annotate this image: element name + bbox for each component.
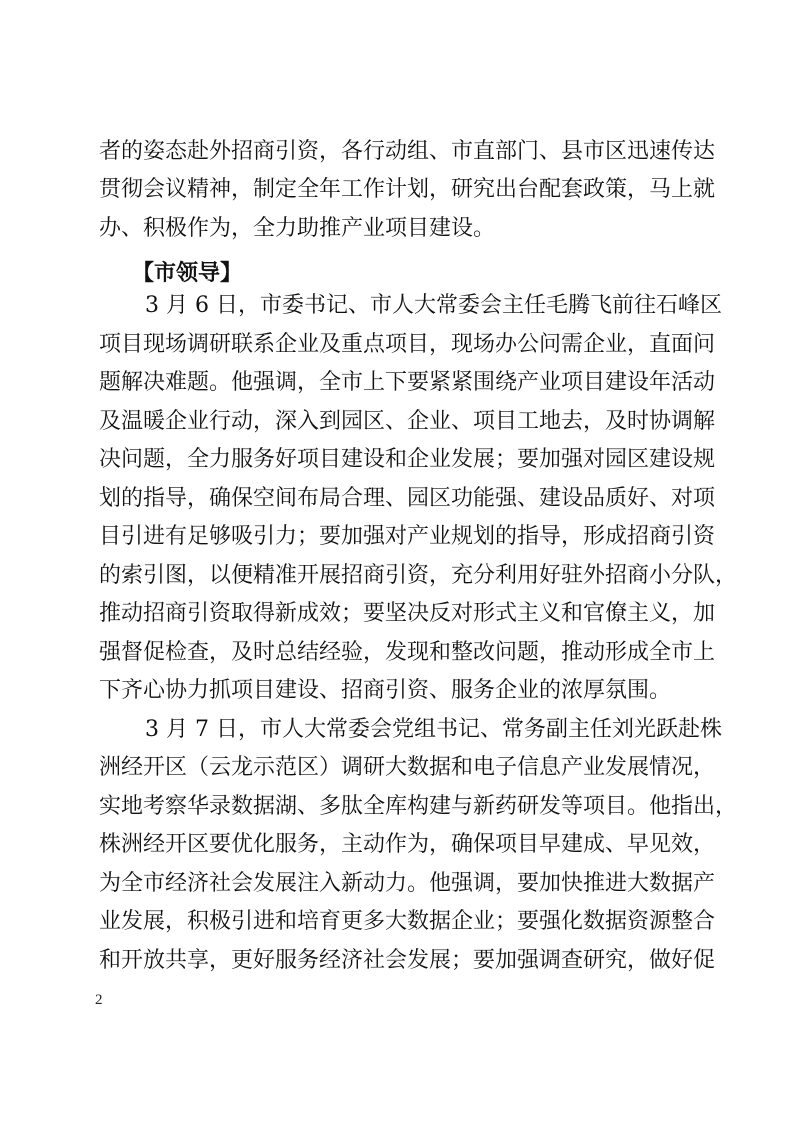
text-line: 3 月 7 日，市人大常委会党组书记、常务副主任刘光跃赴株 bbox=[145, 711, 693, 749]
text-line: 贯彻会议精神，制定全年工作计划，研究出台配套政策，马上就 bbox=[99, 171, 693, 209]
text-line: 题解决难题。他强调，全市上下要紧紧围绕产业项目建设年活动 bbox=[99, 364, 693, 402]
text-line: 的索引图，以便精准开展招商引资，充分利用好驻外招商小分队， bbox=[99, 557, 693, 595]
text-line: 和开放共享，更好服务经济社会发展；要加强调查研究，做好促 bbox=[99, 942, 693, 980]
text-line: 洲经开区（云龙示范区）调研大数据和电子信息产业发展情况， bbox=[99, 749, 693, 787]
text-line: 者的姿态赴外招商引资，各行动组、市直部门、县市区迅速传达 bbox=[99, 133, 693, 171]
text-line: 决问题，全力服务好项目建设和企业发展；要加强对园区建设规 bbox=[99, 441, 693, 479]
text-line: 划的指导，确保空间布局合理、园区功能强、建设品质好、对项 bbox=[99, 480, 693, 518]
document-page: 者的姿态赴外招商引资，各行动组、市直部门、县市区迅速传达 贯彻会议精神，制定全年… bbox=[0, 0, 793, 1122]
text-line: 3 月 6 日，市委书记、市人大常委会主任毛腾飞前往石峰区 bbox=[145, 287, 693, 325]
text-line: 实地考察华录数据湖、多肽全库构建与新药研发等项目。他指出， bbox=[99, 788, 693, 826]
text-line: 下齐心协力抓项目建设、招商引资、服务企业的浓厚氛围。 bbox=[99, 672, 693, 710]
text-line: 办、积极作为，全力助推产业项目建设。 bbox=[99, 210, 693, 248]
text-line: 强督促检查，及时总结经验，发现和整改问题，推动形成全市上 bbox=[99, 634, 693, 672]
text-line: 目引进有足够吸引力；要加强对产业规划的指导，形成招商引资 bbox=[99, 518, 693, 556]
text-line: 为全市经济社会发展注入新动力。他强调，要加快推进大数据产 bbox=[99, 865, 693, 903]
text-line: 推动招商引资取得新成效；要坚决反对形式主义和官僚主义，加 bbox=[99, 595, 693, 633]
page-number: 2 bbox=[95, 992, 103, 1009]
text-line: 项目现场调研联系企业及重点项目，现场办公问需企业，直面问 bbox=[99, 326, 693, 364]
text-line: 业发展，积极引进和培育更多大数据企业；要强化数据资源整合 bbox=[99, 903, 693, 941]
text-line: 及温暖企业行动，深入到园区、企业、项目工地去，及时协调解 bbox=[99, 403, 693, 441]
text-line: 株洲经开区要优化服务，主动作为，确保项目早建成、早见效， bbox=[99, 826, 693, 864]
